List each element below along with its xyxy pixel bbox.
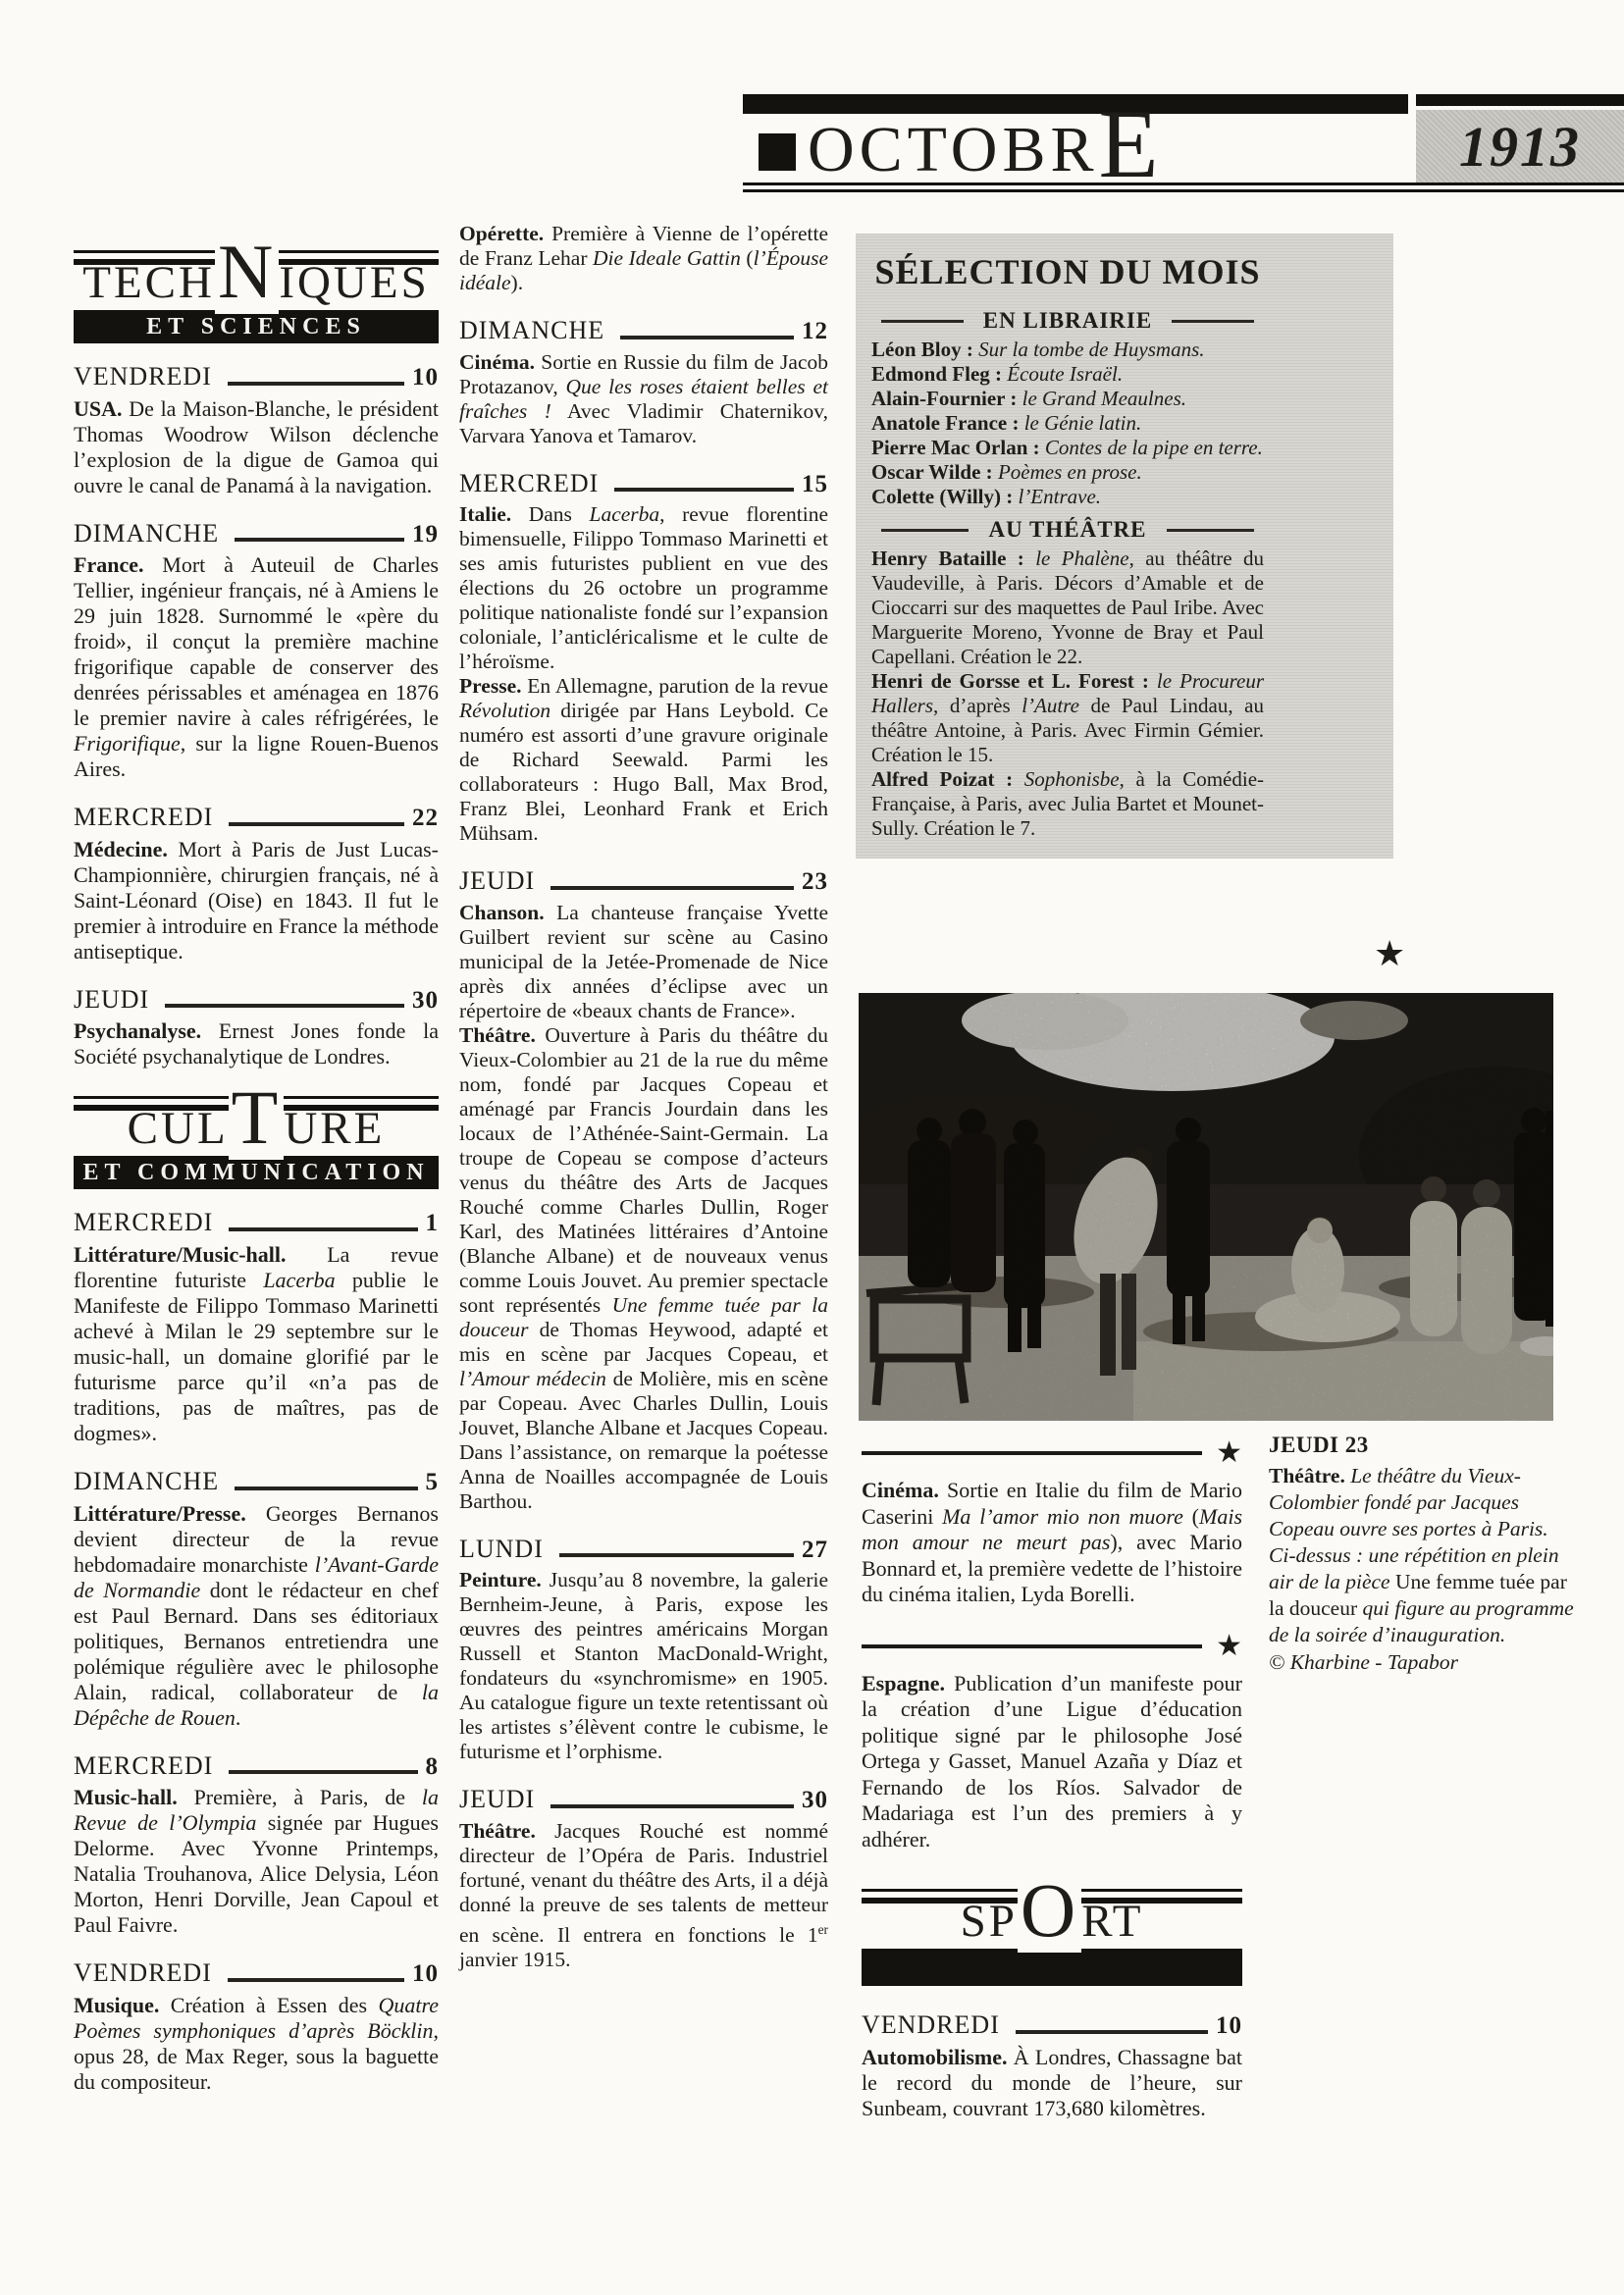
text-segment: Psychanalyse.	[74, 1018, 201, 1043]
entry-day-label: MERCREDI	[74, 1209, 213, 1237]
heading-rule	[1172, 320, 1254, 323]
rule	[862, 1451, 1202, 1455]
theatre-heading-label: AU THÉÂTRE	[988, 517, 1146, 543]
book-author: Colette (Willy) :	[871, 485, 1013, 508]
section-subtitle-bar	[862, 1949, 1242, 1986]
text-segment: Frigorifique	[74, 731, 181, 756]
title-big-letter: N	[215, 229, 279, 314]
paragraph: Peinture. Jusqu’au 8 novembre, la galeri…	[459, 1568, 828, 1764]
paragraph: Psychanalyse. Ernest Jones fonde la Soci…	[74, 1018, 439, 1069]
text-segment: Ma l’amor mio non muore	[942, 1504, 1183, 1529]
day-entry: VENDREDI10Automobilisme. À Londres, Chas…	[862, 2011, 1242, 2121]
section-header: SPORT	[862, 1884, 1242, 1986]
day-entry: VENDREDI10USA. De la Maison-Blanche, le …	[74, 363, 439, 498]
text-segment: l’Autre	[1022, 694, 1079, 717]
book-author: Léon Bloy :	[871, 338, 973, 361]
section-title: CULTURE	[74, 1091, 439, 1152]
entry-rule	[228, 1978, 404, 1982]
text-segment: De la Maison-Blanche, le président Thoma…	[74, 396, 439, 497]
entry-rule	[550, 1804, 794, 1808]
paragraph: Presse. En Allemagne, parution de la rev…	[459, 674, 828, 846]
entry-rule	[620, 336, 794, 339]
text-segment: Sophonisbe	[1013, 767, 1119, 791]
paragraph: Théâtre. Le théâtre du Vieux-Colombier f…	[1269, 1463, 1577, 1648]
star-icon: ★	[1374, 936, 1405, 971]
book-item: Alain-Fournier : le Grand Meaulnes.	[871, 387, 1264, 411]
text-segment: Première, à Paris, de	[178, 1785, 422, 1809]
day-entry: JEUDI30Psychanalyse. Ernest Jones fonde …	[74, 986, 439, 1070]
book-item: Colette (Willy) : l’Entrave.	[871, 485, 1264, 509]
entry-rule	[235, 1487, 417, 1490]
title-big-letter: O	[1018, 1867, 1081, 1953]
photo-caption: JEUDI 23 Théâtre. Le théâtre du Vieux-Co…	[1269, 1433, 1577, 1675]
selection-title: SÉLECTION DU MOIS	[871, 251, 1264, 292]
text-segment: Théâtre.	[459, 1819, 536, 1843]
day-entry: MERCREDI8Music-hall. Première, à Paris, …	[74, 1752, 439, 1939]
entry-header: LUNDI27	[459, 1536, 828, 1564]
entry-header: DIMANCHE12	[459, 317, 828, 345]
paragraph: Opérette. Première à Vienne de l’opérett…	[459, 222, 828, 295]
title-part: IQUES	[279, 257, 429, 308]
text-segment: Henri de Gorsse et L. Forest :	[871, 669, 1149, 693]
book-title: Contes de la pipe en terre.	[1040, 436, 1263, 459]
entry-day-label: DIMANCHE	[459, 317, 604, 345]
paragraph: Henri de Gorsse et L. Forest : le Procur…	[871, 669, 1264, 767]
entry-rule	[614, 488, 794, 492]
title-part: URE	[284, 1103, 385, 1154]
text-segment: .	[236, 1705, 241, 1730]
heading-rule	[881, 320, 964, 323]
title-part: SP	[961, 1896, 1018, 1947]
paragraph: Littérature/Presse. Georges Bernanos dev…	[74, 1501, 439, 1731]
paragraph: Médecine. Mort à Paris de Just Lucas-Cha…	[74, 837, 439, 965]
text-segment: , revue florentine bimensuelle, Filippo …	[459, 502, 828, 673]
paragraph: Henry Bataille : le Phalène, au théâtre …	[871, 547, 1264, 669]
entry-header: JEUDI30	[459, 1786, 828, 1814]
left-column: TECHNIQUESET SCIENCESVENDREDI10USA. De l…	[74, 245, 439, 2116]
year-badge: 1913	[1416, 110, 1624, 183]
entry-day-label: VENDREDI	[862, 2011, 1000, 2040]
text-segment: l’Amour médecin	[459, 1367, 606, 1390]
paragraph: France. Mort à Auteuil de Charles Tellie…	[74, 552, 439, 782]
sport-section: SPORTVENDREDI10Automobilisme. À Londres,…	[862, 1884, 1242, 2143]
entry-header: MERCREDI22	[74, 804, 439, 832]
paragraph: Chanson. La chanteuse française Yvette G…	[459, 901, 828, 1023]
text-segment: , d’après	[933, 694, 1022, 717]
photo-illustration	[859, 993, 1553, 1421]
text-segment: Médecine.	[74, 837, 168, 861]
entry-day-number: 27	[802, 1537, 828, 1564]
text-segment: er	[818, 1922, 828, 1937]
book-author: Alain-Fournier :	[871, 387, 1017, 410]
day-entry: DIMANCHE19France. Mort à Auteuil de Char…	[74, 520, 439, 783]
entry-day-label: MERCREDI	[74, 804, 213, 832]
text-segment: Chanson.	[459, 901, 545, 924]
entry-rule	[1016, 2030, 1208, 2034]
entry-day-number: 15	[802, 471, 828, 498]
entry-day-number: 19	[412, 521, 439, 548]
text-segment: janvier 1915.	[459, 1948, 570, 1971]
paragraph: Cinéma. Sortie en Russie du film de Jaco…	[459, 350, 828, 448]
entry-rule	[229, 1227, 417, 1231]
text-segment: Espagne.	[862, 1671, 945, 1695]
title-big-letter: T	[229, 1074, 285, 1160]
text-segment: Opérette.	[459, 222, 544, 245]
text-segment: Alfred Poizat :	[871, 767, 1013, 791]
text-segment: France.	[74, 552, 143, 577]
text-segment: Jusqu’au 8 novembre, la galerie Bernheim…	[459, 1568, 828, 1763]
entry-day-label: JEUDI	[459, 867, 535, 896]
highlight-entries: ★Cinéma. Sortie en Italie du film de Mar…	[862, 1438, 1242, 1876]
book-title: le Génie latin.	[1019, 411, 1141, 435]
star-rule: ★	[862, 1632, 1242, 1661]
star-icon: ★	[1216, 1438, 1242, 1468]
day-entry: DIMANCHE12Cinéma. Sortie en Russie du fi…	[459, 317, 828, 448]
text-segment: Théâtre.	[1269, 1464, 1350, 1487]
entry-header: MERCREDI1	[74, 1209, 439, 1237]
book-title: Sur la tombe de Huysmans.	[973, 338, 1205, 361]
book-item: Léon Bloy : Sur la tombe de Huysmans.	[871, 338, 1264, 362]
title-part: RT	[1081, 1896, 1143, 1947]
caption-paragraphs: Théâtre. Le théâtre du Vieux-Colombier f…	[1269, 1463, 1577, 1648]
entry-day-number: 30	[802, 1787, 828, 1814]
book-title: Poèmes en prose.	[993, 460, 1142, 484]
entry-day-number: 10	[1216, 2012, 1242, 2040]
entry-header: DIMANCHE19	[74, 520, 439, 548]
text-segment: publie le Manifeste de Filippo Tommaso M…	[74, 1268, 439, 1445]
entry-day-number: 23	[802, 868, 828, 896]
section-header: CULTUREET COMMUNICATION	[74, 1091, 439, 1189]
day-entry: JEUDI30Théâtre. Jacques Rouché est nommé…	[459, 1786, 828, 1972]
text-segment: Publication d’un manifeste pour la créat…	[862, 1671, 1242, 1852]
text-segment: En Allemagne, parution de la revue	[521, 674, 828, 698]
text-segment: Mort à Auteuil de Charles Tellier, ingén…	[74, 552, 439, 730]
entry-day-label: JEUDI	[74, 986, 149, 1015]
highlight-entry: ★Espagne. Publication d’un manifeste pou…	[862, 1632, 1242, 1853]
star-icon: ★	[1216, 1632, 1242, 1661]
heading-rule	[1167, 529, 1254, 532]
paragraph: Automobilisme. À Londres, Chassagne bat …	[862, 2045, 1242, 2121]
entry-rule	[228, 382, 404, 386]
entry-day-number: 22	[412, 805, 439, 832]
entry-day-label: VENDREDI	[74, 1959, 212, 1988]
book-author: Oscar Wilde :	[871, 460, 993, 484]
entry-day-label: DIMANCHE	[74, 520, 219, 548]
entry-day-label: LUNDI	[459, 1536, 544, 1564]
text-segment: ).	[511, 271, 524, 294]
book-item: Anatole France : le Génie latin.	[871, 411, 1264, 436]
text-segment: Révolution	[459, 699, 550, 722]
book-item: Edmond Fleg : Écoute Israël.	[871, 362, 1264, 387]
theatre-heading: AU THÉÂTRE	[871, 517, 1264, 543]
section-title: TECHNIQUES	[74, 245, 439, 306]
entry-day-number: 5	[426, 1469, 440, 1496]
entry-day-label: JEUDI	[459, 1786, 535, 1814]
entry-rule	[559, 1553, 794, 1557]
day-entry: MERCREDI22Médecine. Mort à Paris de Just…	[74, 804, 439, 965]
book-author: Anatole France :	[871, 411, 1019, 435]
entry-header: MERCREDI15	[459, 470, 828, 498]
book-title: le Grand Meaulnes.	[1017, 387, 1186, 410]
entry-day-number: 12	[802, 318, 828, 345]
entry-header: JEUDI23	[459, 867, 828, 896]
entry-rule	[229, 822, 404, 826]
title-part: CUL	[128, 1103, 229, 1154]
year-label: 1913	[1459, 114, 1581, 180]
text-segment: Music-hall.	[74, 1785, 178, 1809]
paragraph: Cinéma. Sortie en Italie du film de Mari…	[862, 1478, 1242, 1608]
heading-rule	[881, 529, 969, 532]
paragraph: Théâtre. Jacques Rouché est nommé direct…	[459, 1819, 828, 1972]
masthead-rule	[743, 189, 1624, 192]
entry-day-number: 10	[412, 364, 439, 391]
paragraph: Espagne. Publication d’un manifeste pour…	[862, 1671, 1242, 1853]
text-segment: Presse.	[459, 674, 521, 698]
text-segment: Création à Essen des	[159, 1993, 378, 2017]
text-segment: Automobilisme.	[862, 2045, 1008, 2069]
caption-day: JEUDI 23	[1269, 1433, 1577, 1458]
entry-day-label: DIMANCHE	[74, 1468, 219, 1496]
paragraph: Music-hall. Première, à Paris, de la Rev…	[74, 1785, 439, 1938]
day-entry: LUNDI27Peinture. Jusqu’au 8 novembre, la…	[459, 1536, 828, 1765]
entry-day-number: 30	[412, 987, 439, 1015]
text-segment: Peinture.	[459, 1568, 542, 1591]
month-title: OCTOBR	[808, 118, 1099, 183]
text-segment: (	[1183, 1504, 1199, 1529]
paragraph: Italie. Dans Lacerba, revue florentine b…	[459, 502, 828, 674]
day-entry: DIMANCHE5Littérature/Presse. Georges Ber…	[74, 1468, 439, 1731]
middle-column: Opérette. Première à Vienne de l’opérett…	[459, 222, 828, 1994]
book-author: Edmond Fleg :	[871, 362, 1002, 386]
square-bullet-icon	[759, 133, 796, 171]
entry-rule	[550, 886, 794, 890]
entry-rule	[165, 1004, 404, 1008]
text-segment: Italie.	[459, 502, 511, 526]
entry-header: VENDREDI10	[74, 1959, 439, 1988]
text-segment: USA.	[74, 396, 123, 421]
page-header: OCTOBR E	[743, 92, 1159, 183]
photo	[859, 993, 1553, 1421]
section-title: SPORT	[862, 1884, 1242, 1945]
text-segment: Lacerba	[589, 502, 659, 526]
title-part: TECH	[82, 257, 215, 308]
entry-day-label: MERCREDI	[74, 1752, 213, 1781]
text-segment: Cinéma.	[459, 350, 535, 374]
paragraph: Théâtre. Ouverture à Paris du théâtre du…	[459, 1023, 828, 1514]
day-entry: JEUDI23Chanson. La chanteuse française Y…	[459, 867, 828, 1514]
text-segment: Théâtre.	[459, 1023, 536, 1047]
text-segment: Ouverture à Paris du théâtre du Vieux-Co…	[459, 1023, 828, 1317]
rule	[862, 1644, 1202, 1648]
book-item: Pierre Mac Orlan : Contes de la pipe en …	[871, 436, 1264, 460]
entry-rule	[235, 538, 404, 542]
paragraph: Musique. Création à Essen des Quatre Poè…	[74, 1993, 439, 2095]
photo-credit: © Kharbine - Tapabor	[1269, 1650, 1577, 1675]
librairie-heading: EN LIBRAIRIE	[871, 308, 1264, 334]
entry-rule	[229, 1770, 417, 1774]
entry-day-number: 10	[412, 1960, 439, 1988]
section-subtitle-bar: ET COMMUNICATION	[74, 1156, 439, 1189]
highlight-entry: ★Cinéma. Sortie en Italie du film de Mar…	[862, 1438, 1242, 1608]
book-title: l’Entrave.	[1013, 485, 1101, 508]
text-segment: Die Ideale Gattin	[593, 246, 741, 270]
book-author: Pierre Mac Orlan :	[871, 436, 1040, 459]
day-entry: VENDREDI10Musique. Création à Essen des …	[74, 1959, 439, 2095]
day-entry: MERCREDI1Littérature/Music-hall. La revu…	[74, 1209, 439, 1446]
text-segment: Musique.	[74, 1993, 159, 2017]
entry-day-number: 1	[426, 1210, 440, 1237]
text-segment: le Phalène	[1024, 547, 1129, 570]
section-subtitle-bar: ET SCIENCES	[74, 310, 439, 343]
entry-header: VENDREDI10	[74, 363, 439, 391]
entry-header: DIMANCHE5	[74, 1468, 439, 1496]
magazine-page: OCTOBR E 1913 TECHNIQUESET SCIENCESVENDR…	[0, 0, 1624, 2295]
text-segment: Cinéma.	[862, 1478, 939, 1502]
month-title-final-letter: E	[1099, 106, 1159, 183]
entry-day-label: MERCREDI	[459, 470, 599, 498]
text-segment: (	[741, 246, 754, 270]
book-title: Écoute Israël.	[1002, 362, 1123, 386]
paragraph: USA. De la Maison-Blanche, le président …	[74, 396, 439, 498]
text-segment: Dans	[511, 502, 589, 526]
star-rule: ★	[862, 1438, 1242, 1468]
librairie-list: Léon Bloy : Sur la tombe de Huysmans.Edm…	[871, 338, 1264, 509]
entry-day-number: 8	[426, 1753, 440, 1781]
theatre-list: Henry Bataille : le Phalène, au théâtre …	[871, 547, 1264, 841]
selection-du-mois-box: SÉLECTION DU MOIS EN LIBRAIRIE Léon Bloy…	[856, 234, 1393, 859]
paragraph: Littérature/Music-hall. La revue florent…	[74, 1242, 439, 1446]
entry-day-label: VENDREDI	[74, 363, 212, 391]
text-segment: Littérature/Music-hall.	[74, 1242, 287, 1267]
librairie-heading-label: EN LIBRAIRIE	[983, 308, 1152, 334]
masthead-rule	[743, 183, 1624, 185]
text-segment: Littérature/Presse.	[74, 1501, 246, 1526]
entry-header: JEUDI30	[74, 986, 439, 1015]
text-segment: Lacerba	[263, 1268, 335, 1292]
text-segment: Henry Bataille :	[871, 547, 1024, 570]
section-header: TECHNIQUESET SCIENCES	[74, 245, 439, 343]
book-item: Oscar Wilde : Poèmes en prose.	[871, 460, 1264, 485]
entry-header: VENDREDI10	[862, 2011, 1242, 2040]
entry-header: MERCREDI8	[74, 1752, 439, 1781]
year-top-bar	[1416, 94, 1624, 106]
paragraph: Alfred Poizat : Sophonisbe, à la Comédie…	[871, 767, 1264, 841]
day-entry: MERCREDI15Italie. Dans Lacerba, revue fl…	[459, 470, 828, 847]
